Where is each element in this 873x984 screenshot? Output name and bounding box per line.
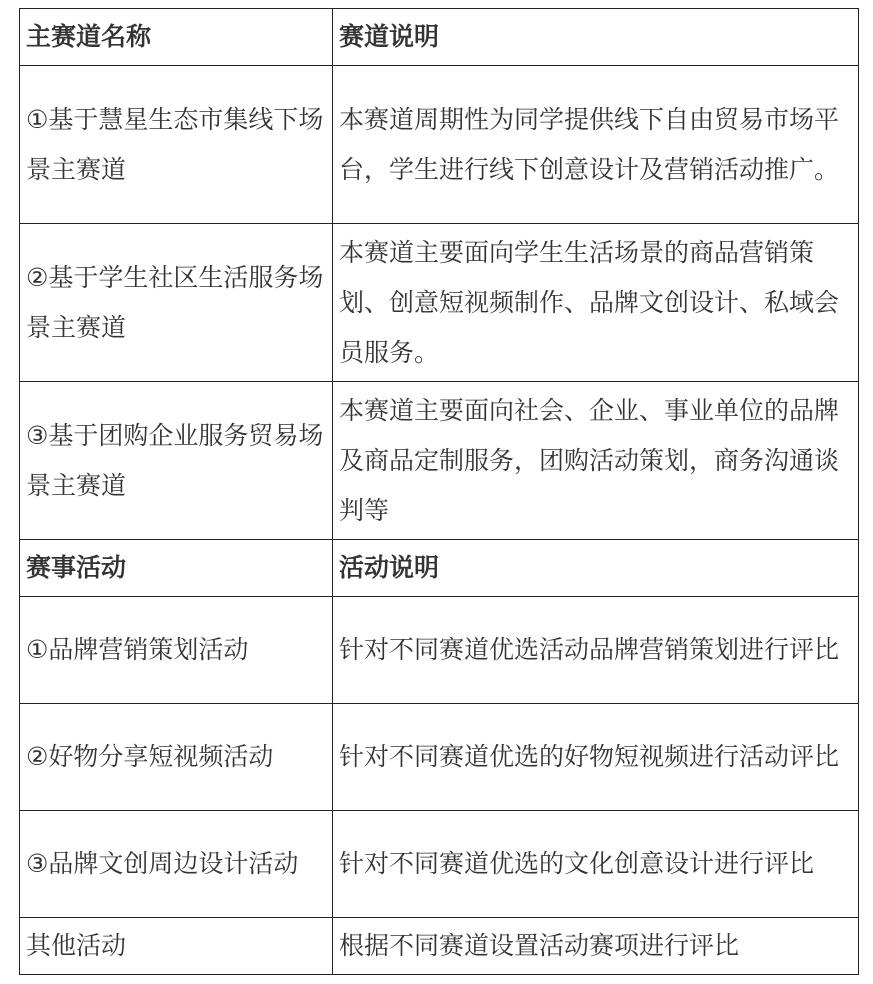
table-header-row: 主赛道名称 赛道说明: [20, 9, 859, 66]
track-name: ②基于学生社区生活服务场景主赛道: [20, 224, 333, 382]
activity-desc: 针对不同赛道优选活动品牌营销策划进行评比: [333, 597, 859, 704]
header-track-desc: 赛道说明: [333, 9, 859, 66]
header-activity-desc: 活动说明: [333, 540, 859, 597]
track-name: ③基于团购企业服务贸易场景主赛道: [20, 382, 333, 540]
activity-desc: 根据不同赛道设置活动赛项进行评比: [333, 918, 859, 975]
table-row: ①品牌营销策划活动 针对不同赛道优选活动品牌营销策划进行评比: [20, 597, 859, 704]
table-row: ③基于团购企业服务贸易场景主赛道 本赛道主要面向社会、企业、事业单位的品牌及商品…: [20, 382, 859, 540]
activity-name: ③品牌文创周边设计活动: [20, 811, 333, 918]
track-desc: 本赛道主要面向学生生活场景的商品营销策划、创意短视频制作、品牌文创设计、私域会员…: [333, 224, 859, 382]
activity-name: 其他活动: [20, 918, 333, 975]
activity-name: ①品牌营销策划活动: [20, 597, 333, 704]
track-name: ①基于慧星生态市集线下场景主赛道: [20, 66, 333, 224]
table-row: ③品牌文创周边设计活动 针对不同赛道优选的文化创意设计进行评比: [20, 811, 859, 918]
track-desc: 本赛道周期性为同学提供线下自由贸易市场平台，学生进行线下创意设计及营销活动推广。: [333, 66, 859, 224]
table-row: 其他活动 根据不同赛道设置活动赛项进行评比: [20, 918, 859, 975]
track-desc: 本赛道主要面向社会、企业、事业单位的品牌及商品定制服务，团购活动策划，商务沟通谈…: [333, 382, 859, 540]
activity-desc: 针对不同赛道优选的文化创意设计进行评比: [333, 811, 859, 918]
competition-table: 主赛道名称 赛道说明 ①基于慧星生态市集线下场景主赛道 本赛道周期性为同学提供线…: [19, 8, 859, 975]
table-row: ②基于学生社区生活服务场景主赛道 本赛道主要面向学生生活场景的商品营销策划、创意…: [20, 224, 859, 382]
header-activity-name: 赛事活动: [20, 540, 333, 597]
activity-desc: 针对不同赛道优选的好物短视频进行活动评比: [333, 704, 859, 811]
table-header-row: 赛事活动 活动说明: [20, 540, 859, 597]
activity-name: ②好物分享短视频活动: [20, 704, 333, 811]
header-track-name: 主赛道名称: [20, 9, 333, 66]
table-row: ①基于慧星生态市集线下场景主赛道 本赛道周期性为同学提供线下自由贸易市场平台，学…: [20, 66, 859, 224]
table-row: ②好物分享短视频活动 针对不同赛道优选的好物短视频进行活动评比: [20, 704, 859, 811]
